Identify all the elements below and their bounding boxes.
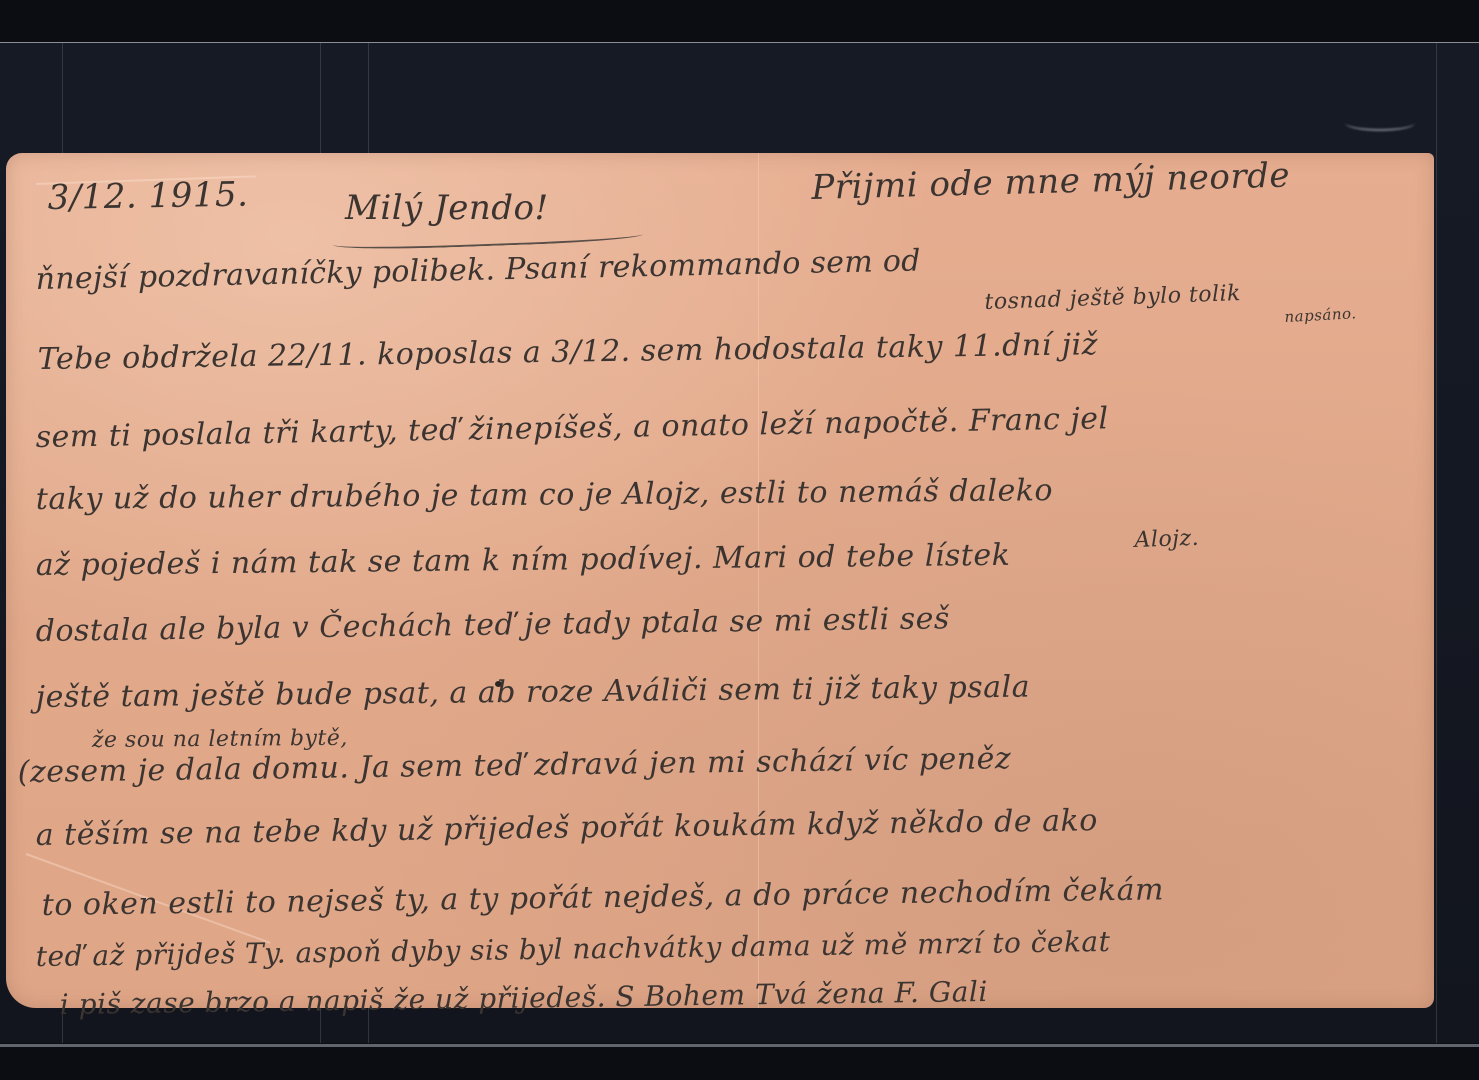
date: 3/12. 1915. <box>47 175 248 218</box>
scan-background: 3/12. 1915. Milý Jendo! Přijmi ode mne m… <box>0 0 1479 1080</box>
insertion-line: napsáno. <box>1284 304 1357 326</box>
insertion-line: Alojz. <box>1134 526 1199 553</box>
salutation: Milý Jendo! <box>345 188 549 228</box>
sleeve-glare <box>1345 115 1415 131</box>
sleeve-bottom-edge <box>0 1044 1479 1047</box>
insertion-line: že sou na letním bytě, <box>92 726 348 753</box>
sleeve-edge <box>1436 43 1437 1043</box>
